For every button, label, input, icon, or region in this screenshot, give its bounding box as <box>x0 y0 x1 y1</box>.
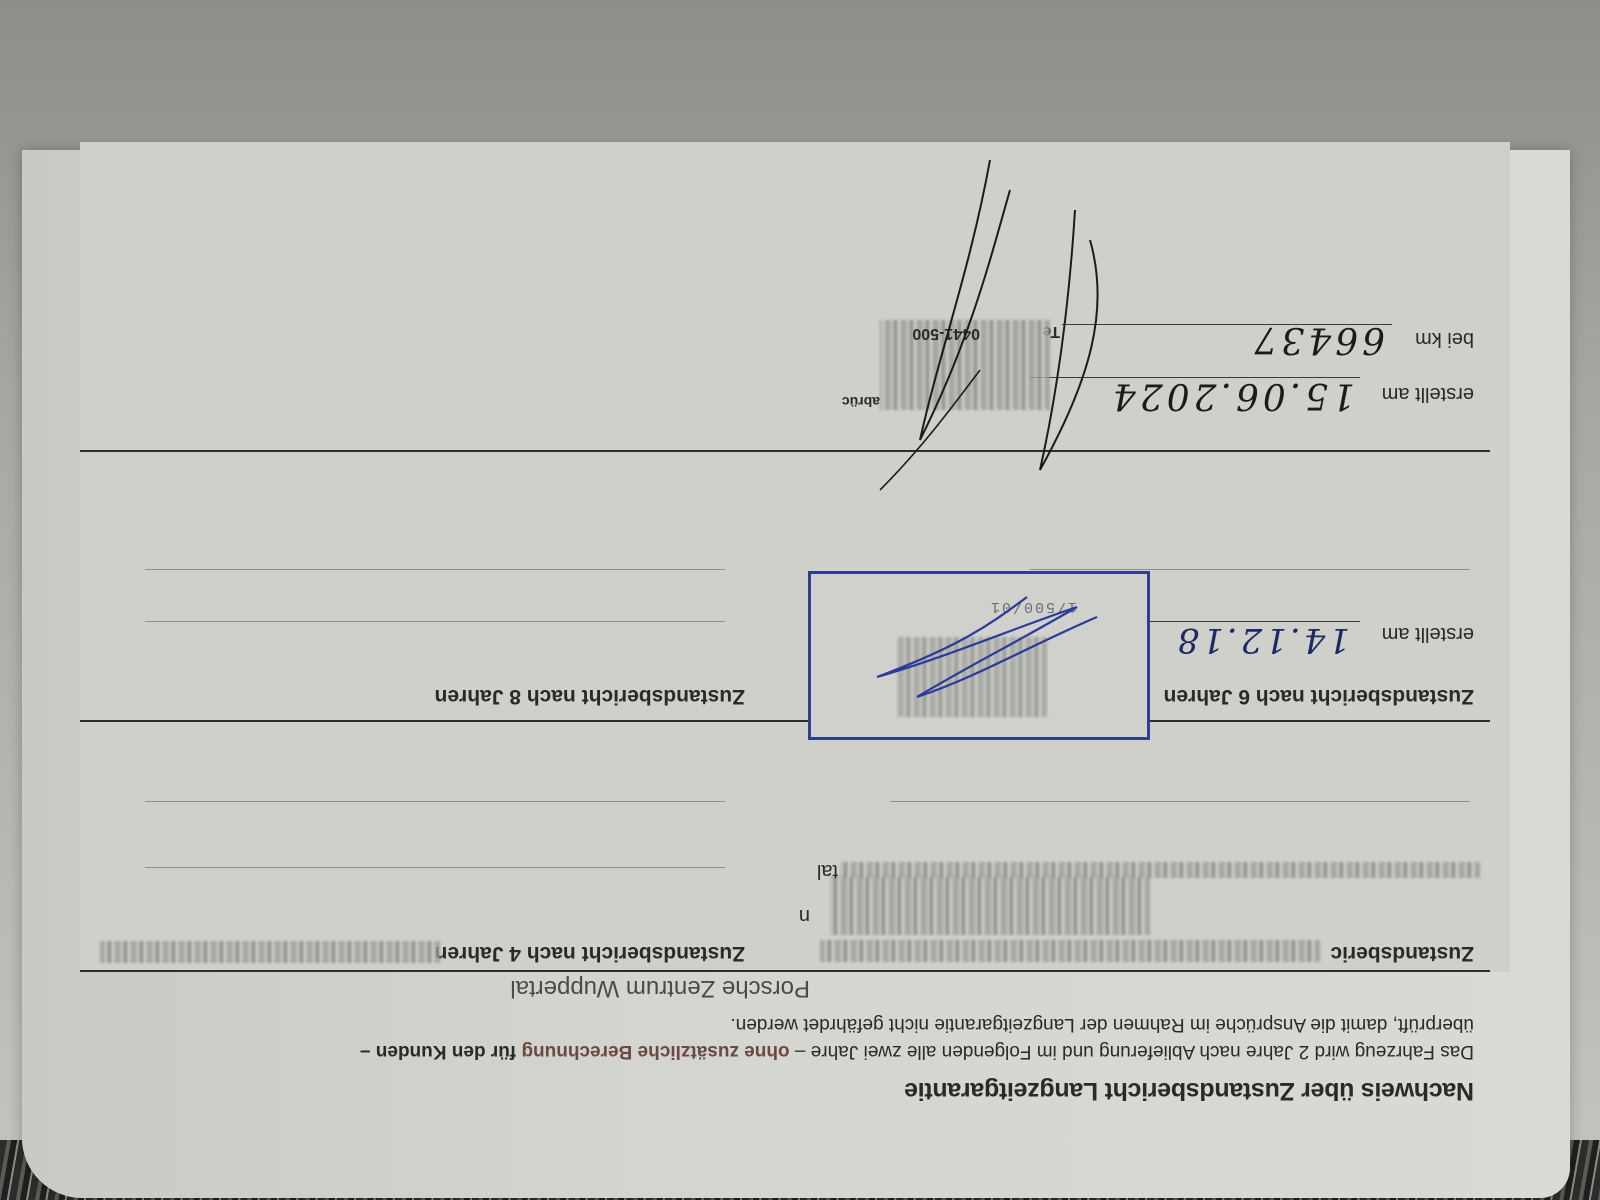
fragment-n: n <box>799 904 810 927</box>
section-8-heading: Zustandsbericht nach 8 Jahren <box>435 684 745 708</box>
signature-6 <box>811 574 1147 737</box>
dealer-header: Porsche Zentrum Wuppertal <box>510 974 810 1002</box>
section-2-heading: Zustandsberic <box>1330 941 1474 965</box>
blank-line-6 <box>1030 569 1470 570</box>
divider-top <box>80 970 1490 972</box>
redacted-stamp-2 <box>820 940 1320 962</box>
blank-line-2 <box>890 801 1470 802</box>
redacted-stamp-4 <box>100 941 440 963</box>
blank-line-8a <box>145 621 725 622</box>
section-4-heading: Zustandsbericht nach 4 Jahren <box>435 941 745 965</box>
divider-middle <box>80 720 1490 722</box>
created-value-6: 14.12.18 <box>1175 620 1350 660</box>
intro-line2: überprüft, damit die Ansprüche im Rahmen… <box>730 1011 1474 1038</box>
km-label: bei km <box>1415 327 1474 350</box>
km-value: 66437 <box>1250 319 1385 360</box>
section-6-heading: Zustandsbericht nach 6 Jahren <box>1164 684 1474 708</box>
blank-line-8b <box>145 569 725 570</box>
fragment-tal: tal <box>817 859 838 882</box>
document-title: Nachweis über Zustandsbericht Langzeitga… <box>904 1076 1474 1105</box>
intro-emphasis: ohne zusätzliche Berechnung <box>521 1041 789 1062</box>
intro-part1: Das Fahrzeug wird 2 Jahre nach Ablieferu… <box>790 1041 1474 1062</box>
rotated-document: Nachweis über Zustandsbericht Langzeitga… <box>80 140 1520 1100</box>
dashed-line-4 <box>145 867 725 868</box>
signature-10 <box>770 150 1170 510</box>
created-label-10: erstellt am <box>1382 382 1474 405</box>
created-label-6: erstellt am <box>1382 622 1474 645</box>
redacted-text-2 <box>830 875 1150 935</box>
dealer-stamp-6: 1/500/01 <box>808 571 1150 740</box>
intro-part2: für den Kunden – <box>360 1041 522 1062</box>
blank-line-4 <box>145 801 725 802</box>
redacted-line-2 <box>840 862 1480 878</box>
intro-paragraph: Das Fahrzeug wird 2 Jahre nach Ablieferu… <box>74 1038 1474 1065</box>
